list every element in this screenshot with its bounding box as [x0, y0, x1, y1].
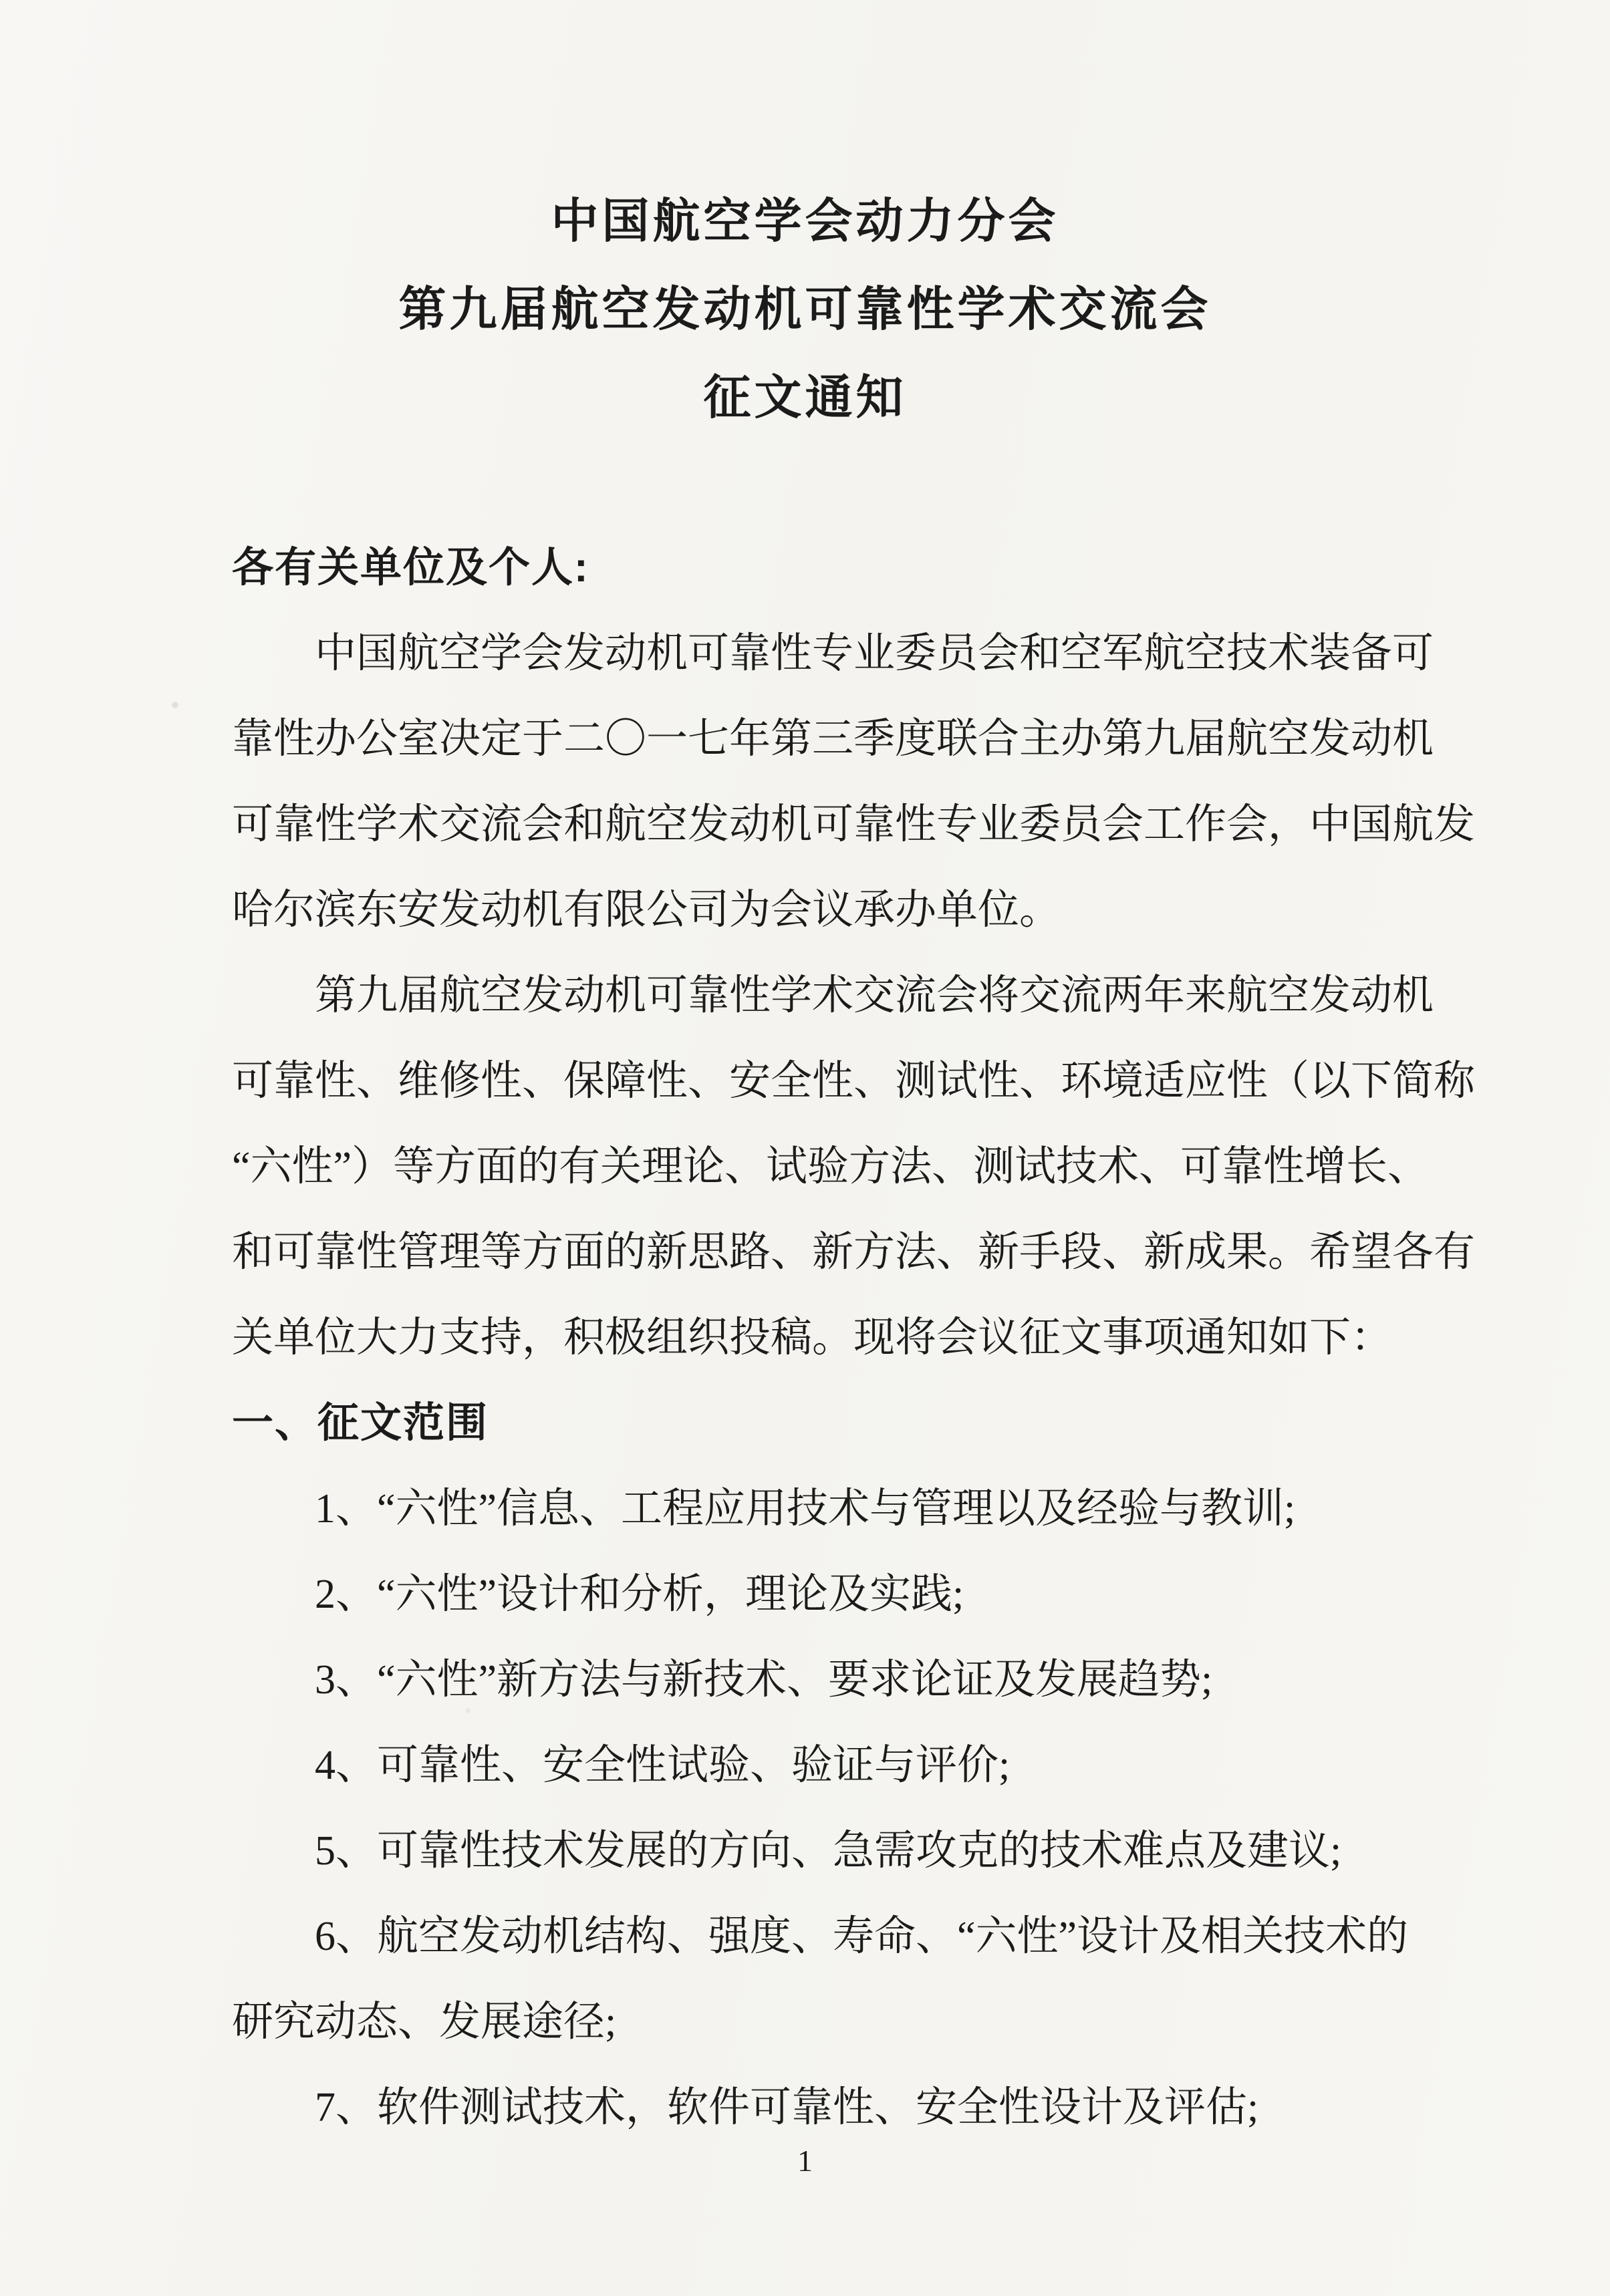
list-item-line: 7、软件测试技术，软件可靠性、安全性设计及评估;: [232, 2065, 1445, 2150]
salutation: 各有关单位及个人:: [232, 525, 1445, 611]
list-item-line: 1、“六性”信息、工程应用技术与管理以及经验与教训;: [232, 1466, 1445, 1552]
paragraph2-line: 可靠性、维修性、保障性、安全性、测试性、环境适应性（以下简称: [232, 1038, 1445, 1124]
paragraph2-line: 关单位大力支持，积极组织投稿。现将会议征文事项通知如下：: [232, 1295, 1445, 1381]
list-item-line: 4、可靠性、安全性试验、验证与评价;: [232, 1723, 1445, 1808]
document-body: 各有关单位及个人: 中国航空学会发动机可靠性专业委员会和空军航空技术装备可 靠性…: [232, 525, 1445, 2150]
title-line-3: 征文通知: [0, 354, 1610, 442]
paragraph1-line: 靠性办公室决定于二〇一七年第三季度联合主办第九届航空发动机: [232, 696, 1445, 782]
paragraph2-line: 第九届航空发动机可靠性学术交流会将交流两年来航空发动机: [232, 953, 1445, 1038]
title-line-1: 中国航空学会动力分会: [0, 178, 1610, 266]
page-number: 1: [0, 2141, 1610, 2181]
list-item-line: 5、可靠性技术发展的方向、急需攻克的技术难点及建议;: [232, 1808, 1445, 1894]
list-item-line: 3、“六性”新方法与新技术、要求论证及发展趋势;: [232, 1637, 1445, 1723]
section-heading: 一、征文范围: [232, 1381, 1445, 1466]
paragraph1-line: 中国航空学会发动机可靠性专业委员会和空军航空技术装备可: [232, 611, 1445, 696]
paragraph2-line: “六性”）等方面的有关理论、试验方法、测试技术、可靠性增长、: [232, 1124, 1445, 1209]
title-line-2: 第九届航空发动机可靠性学术交流会: [0, 266, 1610, 354]
scanned-document-page: 中国航空学会动力分会 第九届航空发动机可靠性学术交流会 征文通知 各有关单位及个…: [0, 0, 1610, 2296]
paragraph1-line: 哈尔滨东安发动机有限公司为会议承办单位。: [232, 867, 1445, 953]
document-title-block: 中国航空学会动力分会 第九届航空发动机可靠性学术交流会 征文通知: [0, 0, 1610, 442]
list-item-line: 6、航空发动机结构、强度、寿命、“六性”设计及相关技术的: [232, 1894, 1445, 1979]
paragraph1-line: 可靠性学术交流会和航空发动机可靠性专业委员会工作会，中国航发: [232, 782, 1445, 867]
list-item-line: 2、“六性”设计和分析，理论及实践;: [232, 1552, 1445, 1637]
paragraph2-line: 和可靠性管理等方面的新思路、新方法、新手段、新成果。希望各有: [232, 1209, 1445, 1295]
list-item-continuation-line: 研究动态、发展途径;: [232, 1979, 1445, 2065]
